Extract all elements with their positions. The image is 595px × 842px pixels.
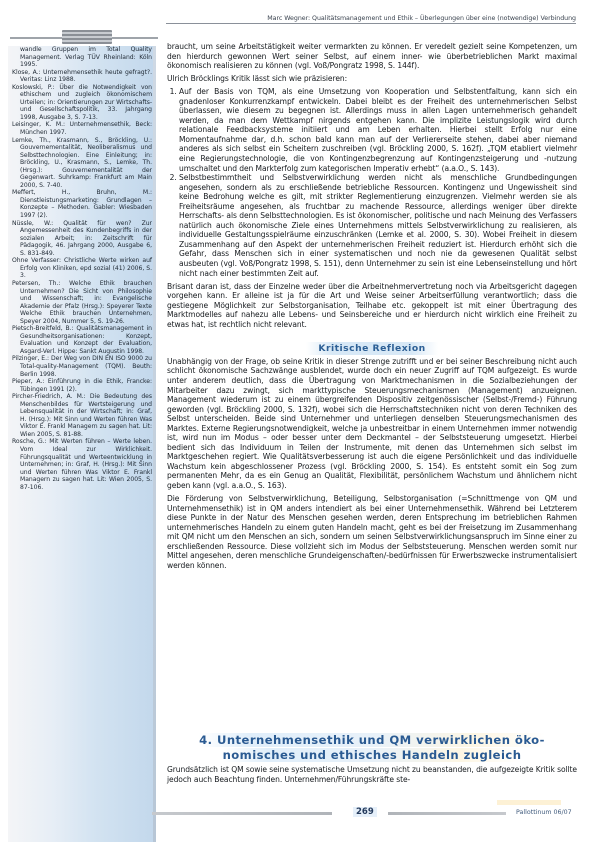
reference-item: Pietsch-Breitfeld, B.: Qualitätsmanageme… <box>12 325 152 355</box>
reference-list: wandle Gruppen im Total Quality Manageme… <box>12 46 152 491</box>
reference-item: Petersen, Th.: Welche Ethik brauchen Unt… <box>12 280 152 325</box>
sidebar-edge <box>153 46 156 842</box>
reference-item: Rosche, G.: Mit Werten führen – Werte le… <box>12 438 152 491</box>
reflexion-paragraph: Unabhängig von der Frage, ob seine Kriti… <box>167 357 577 491</box>
reference-item: Pircher-Friedrich, A. M.: Die Bedeutung … <box>12 393 152 438</box>
chapter-heading-line: 4. Unternehmensethik und QM verwirkliche… <box>199 733 545 747</box>
reference-item: Pieper, A.: Einführung in die Ethik, Fra… <box>12 378 152 393</box>
intro-paragraph: braucht, um seine Arbeitstätigkeit weite… <box>167 42 577 71</box>
journal-name: Pallottinum 06/07 <box>516 809 572 816</box>
critique-list-item: Selbstbestimmtheit und Selbstverwirklich… <box>179 173 577 278</box>
lead-in-paragraph: Ulrich Bröcklings Kritik lässt sich wie … <box>167 74 577 84</box>
reference-item: Lemke, Th., Krasmann, S., Bröckling, U.:… <box>12 137 152 190</box>
reference-item: Leisinger, K. M.: Unternehmensethik, Bec… <box>12 121 152 136</box>
page-number: 269 <box>353 807 377 817</box>
reference-item: wandle Gruppen im Total Quality Manageme… <box>12 46 152 69</box>
subheading-text: Kritische Reflexion <box>306 342 437 355</box>
reflexion-paragraph: Die Förderung von Selbstverwirklichung, … <box>167 494 577 570</box>
reference-item: Ohne Verfasser: Christliche Werte wirken… <box>12 257 152 280</box>
main-text-column: braucht, um seine Arbeitstätigkeit weite… <box>167 42 577 574</box>
footer-rule <box>152 812 332 815</box>
logo-mark <box>62 30 112 44</box>
critique-list-item: Auf der Basis von TQM, als eine Umsetzun… <box>179 87 577 173</box>
reference-item: Klose, A.: Unternehmensethik heute gefra… <box>12 69 152 84</box>
reference-item: Nüssle, W.: Qualität für wen? Zur Angeme… <box>12 220 152 258</box>
chapter-paragraph: Grundsätzlich ist QM sowie seine systema… <box>167 765 577 784</box>
running-head: Marc Wegner: Qualitätsmanagement und Eth… <box>166 15 576 24</box>
reference-item: Meffert, H., Bruhn, M.: Dienstleistungsm… <box>12 189 152 219</box>
reference-item: Koslowski, P.: Über die Notwendigkeit vo… <box>12 84 152 122</box>
journal-highlight <box>497 800 561 805</box>
journal-logo <box>10 28 158 46</box>
reference-item: Pilzinger, E.: Der Weg von DIN EN ISO 90… <box>12 355 152 378</box>
brisant-paragraph: Brisant daran ist, dass der Einzelne wed… <box>167 282 577 330</box>
chapter-heading-line: nomisches und ethisches Handeln zugleich <box>223 748 522 762</box>
section-subheading: Kritische Reflexion <box>167 344 577 354</box>
footer-rule <box>388 812 506 815</box>
chapter-heading: 4. Unternehmensethik und QM verwirkliche… <box>167 733 577 762</box>
critique-list: Auf der Basis von TQM, als eine Umsetzun… <box>167 87 577 278</box>
